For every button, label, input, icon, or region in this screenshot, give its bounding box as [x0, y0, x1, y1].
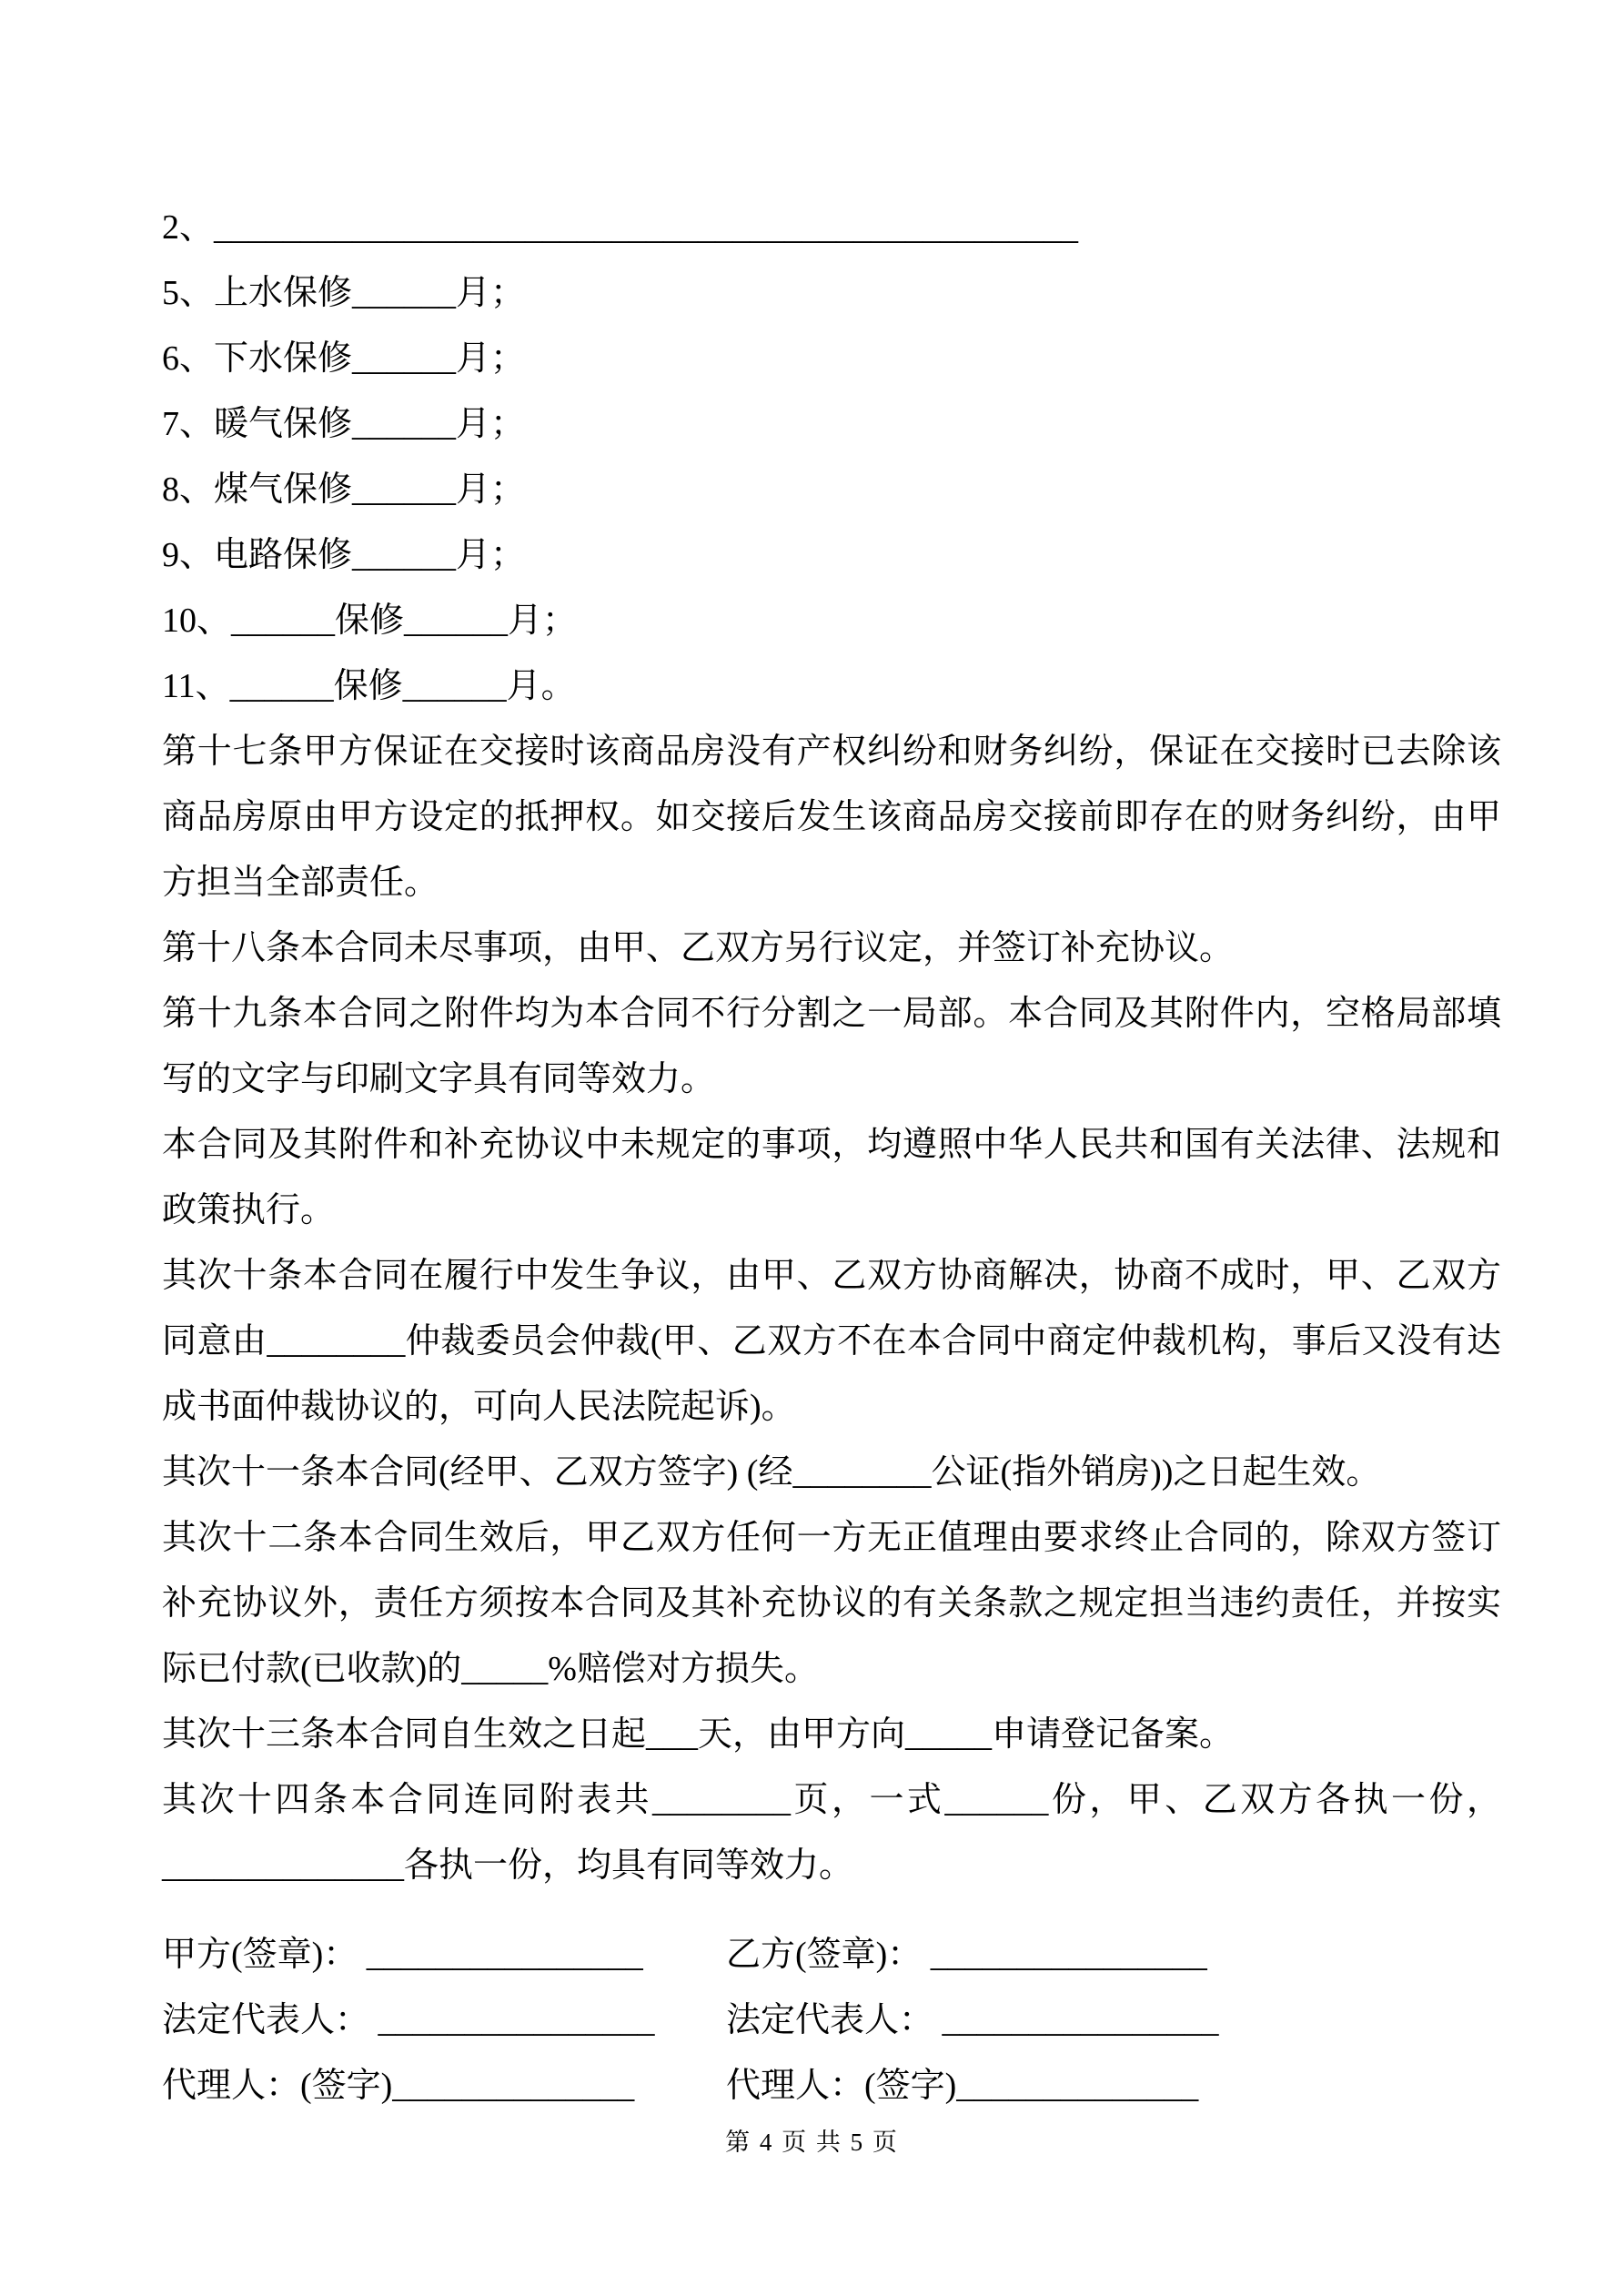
party-a-seal-line: 甲方(签章)： ________________	[162, 1922, 726, 1988]
party-b-agent-line: 代理人：(签字)______________	[726, 2053, 1501, 2119]
warranty-item: 7、暖气保修______月；	[162, 391, 1501, 457]
clause-paragraph-17: 第十七条甲方保证在交接时该商品房没有产权纠纷和财务纠纷，保证在交接时已去除该商品…	[162, 719, 1501, 915]
signature-block: 甲方(签章)： ________________ 乙方(签章)： _______…	[162, 1922, 1501, 2119]
clause-paragraph-18: 第十八条本合同未尽事项，由甲、乙双方另行议定，并签订补充协议。	[162, 915, 1501, 981]
clause-paragraph-21: 其次十一条本合同(经甲、乙双方签字) (经________公证(指外销房))之日…	[162, 1440, 1501, 1505]
clause-paragraph-24: 其次十四条本合同连同附表共________页，一式______份，甲、乙双方各执…	[162, 1767, 1501, 1898]
clause-paragraph-laws: 本合同及其附件和补充协议中未规定的事项，均遵照中华人民共和国有关法律、法规和政策…	[162, 1112, 1501, 1243]
warranty-item: 11、______保修______月。	[162, 653, 1501, 719]
clause-paragraph-20: 其次十条本合同在履行中发生争议，由甲、乙双方协商解决，协商不成时，甲、乙双方同意…	[162, 1243, 1501, 1440]
clause-paragraph-23: 其次十三条本合同自生效之日起___天，由甲方向_____申请登记备案。	[162, 1702, 1501, 1767]
warranty-item: 2、______________________________________…	[162, 195, 1501, 260]
warranty-item: 6、下水保修______月；	[162, 326, 1501, 391]
warranty-item: 8、煤气保修______月；	[162, 457, 1501, 522]
party-a-legal-rep-line: 法定代表人： ________________	[162, 1988, 726, 2053]
clause-paragraph-19: 第十九条本合同之附件均为本合同不行分割之一局部。本合同及其附件内，空格局部填写的…	[162, 981, 1501, 1112]
contract-page: 2、______________________________________…	[0, 0, 1624, 2296]
party-a-agent-line: 代理人：(签字)______________	[162, 2053, 726, 2119]
clause-paragraph-22: 其次十二条本合同生效后，甲乙双方任何一方无正值理由要求终止合同的，除双方签订补充…	[162, 1505, 1501, 1702]
signature-row-seal: 甲方(签章)： ________________ 乙方(签章)： _______…	[162, 1922, 1501, 1988]
party-b-legal-rep-line: 法定代表人： ________________	[726, 1988, 1501, 2053]
warranty-item: 9、电路保修______月；	[162, 522, 1501, 588]
page-footer: 第 4 页 共 5 页	[0, 2126, 1624, 2159]
signature-row-agent: 代理人：(签字)______________ 代理人：(签字)_________…	[162, 2053, 1501, 2119]
contract-body: 2、______________________________________…	[162, 195, 1501, 2119]
signature-row-legal-rep: 法定代表人： ________________ 法定代表人： _________…	[162, 1988, 1501, 2053]
warranty-item: 10、______保修______月；	[162, 588, 1501, 653]
party-b-seal-line: 乙方(签章)： ________________	[726, 1922, 1501, 1988]
warranty-item: 5、上水保修______月；	[162, 260, 1501, 326]
